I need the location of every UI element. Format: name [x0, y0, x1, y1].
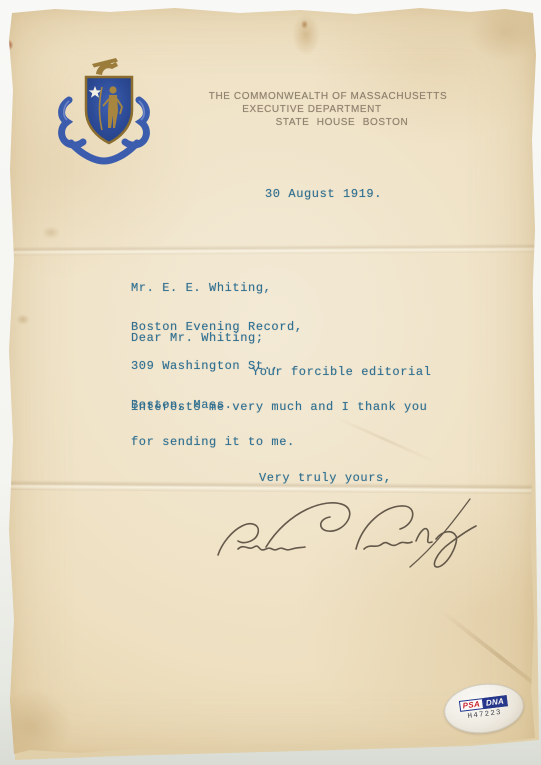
- stain-left-edge-red: [5, 40, 13, 50]
- handwritten-signature: [208, 492, 480, 572]
- letterhead-line2: EXECUTIVE DEPARTMENT: [191, 103, 433, 116]
- stain-top-center-dot: [301, 20, 308, 29]
- stain-top-center: [292, 14, 320, 56]
- letter-date: 30 August 1919.: [265, 187, 382, 201]
- massachusetts-coat-of-arms: [56, 54, 152, 169]
- psa-dna-authentication-sticker: PSA DNA H47223: [441, 679, 526, 737]
- closing: Very truly yours,: [259, 471, 392, 485]
- letterhead-line3: STATE HOUSE BOSTON: [221, 116, 463, 129]
- body-line-1: Your forcible editorial: [252, 365, 431, 379]
- recipient-line: Mr. E. E. Whiting,: [131, 282, 303, 295]
- salutation: Dear Mr. Whiting;: [131, 331, 264, 345]
- stain-left-upper: [42, 226, 60, 239]
- crease-mark-right: [334, 416, 436, 463]
- body-line-3: for sending it to me.: [131, 435, 295, 449]
- body-line-2: interests me very much and I thank you: [131, 400, 427, 414]
- stain-left-middle: [16, 314, 30, 325]
- letter-photo: THE COMMONWEALTH OF MASSACHUSETTS EXECUT…: [0, 0, 541, 765]
- letterhead: THE COMMONWEALTH OF MASSACHUSETTS EXECUT…: [207, 90, 449, 130]
- psa-logo-text: PSA: [459, 698, 484, 712]
- figure-head: [109, 86, 116, 93]
- fold-crease-upper: [0, 243, 541, 255]
- dna-logo-text: DNA: [482, 695, 507, 709]
- letter-sheet: THE COMMONWEALTH OF MASSACHUSETTS EXECUT…: [0, 0, 541, 765]
- letterhead-line1: THE COMMONWEALTH OF MASSACHUSETTS: [207, 90, 449, 103]
- stain-top-right-corner: [468, 2, 541, 62]
- certification-serial-number: H47223: [467, 709, 502, 721]
